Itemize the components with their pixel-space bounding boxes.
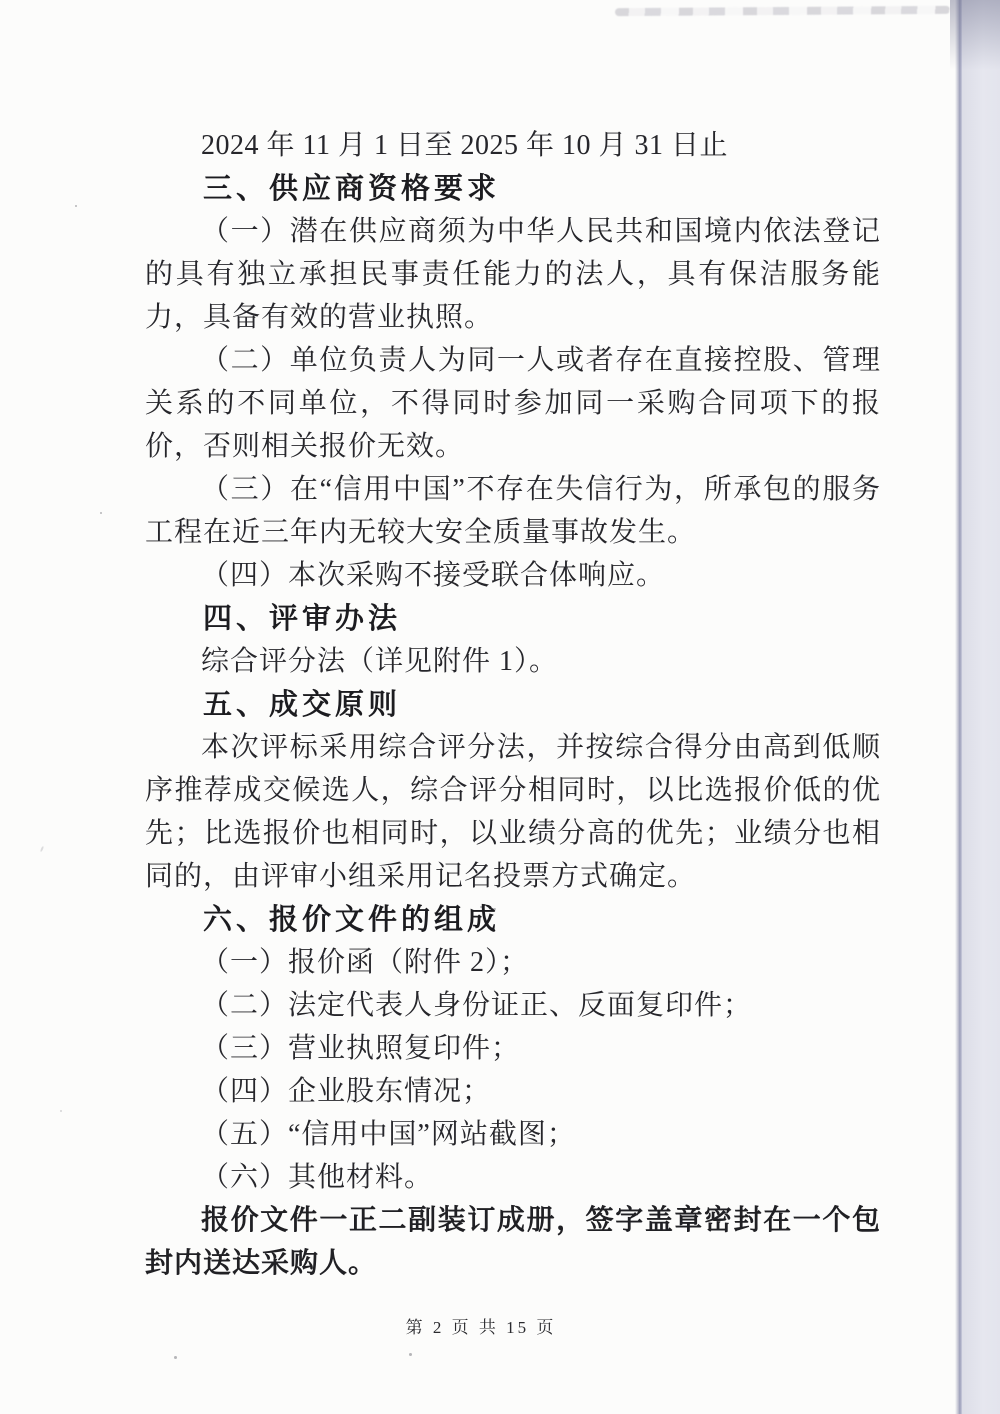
evaluation-method-body: 综合评分法（详见附件 1）。 (145, 640, 881, 683)
scan-paper-edge-line (955, 0, 962, 1414)
heading-evaluation-method: 四、评审办法 (145, 597, 881, 640)
award-principle-body: 本次评标采用综合评分法，并按综合得分由高到低顺序推荐成交候选人，综合评分相同时，… (145, 726, 881, 898)
scan-right-edge-shadow (962, 0, 1000, 1414)
scanned-document-page: 2024 年 11 月 1 日至 2025 年 10 月 31 日止 三、供应商… (0, 0, 1000, 1414)
binding-and-sealing-note: 报价文件一正二副装订成册，签字盖章密封在一个包封内送达采购人。 (145, 1199, 881, 1285)
scan-speck (409, 1353, 412, 1356)
scan-corner-shadow (950, 0, 1000, 70)
scan-speck (60, 1110, 62, 1112)
scan-speck (174, 1356, 177, 1359)
document-body: 2024 年 11 月 1 日至 2025 年 10 月 31 日止 三、供应商… (145, 124, 881, 1285)
scan-top-smudge (615, 6, 950, 16)
qualification-clause-4: （四）本次采购不接受联合体响应。 (145, 554, 881, 597)
scan-speck (75, 205, 77, 207)
scan-speck (40, 846, 44, 852)
quotation-doc-item-4: （四）企业股东情况； (145, 1070, 881, 1113)
heading-quotation-documents: 六、报价文件的组成 (145, 898, 881, 941)
quotation-doc-item-6: （六）其他材料。 (145, 1156, 881, 1199)
quotation-doc-item-3: （三）营业执照复印件； (145, 1027, 881, 1070)
quotation-doc-item-2: （二）法定代表人身份证正、反面复印件； (145, 984, 881, 1027)
scan-speck (100, 512, 102, 514)
heading-supplier-qualification: 三、供应商资格要求 (145, 167, 881, 210)
validity-period-line: 2024 年 11 月 1 日至 2025 年 10 月 31 日止 (145, 124, 881, 167)
qualification-clause-3: （三）在“信用中国”不存在失信行为，所承包的服务工程在近三年内无较大安全质量事故… (145, 468, 881, 554)
quotation-doc-item-5: （五）“信用中国”网站截图； (145, 1113, 881, 1156)
heading-award-principle: 五、成交原则 (145, 683, 881, 726)
qualification-clause-1: （一）潜在供应商须为中华人民共和国境内依法登记的具有独立承担民事责任能力的法人，… (145, 210, 881, 339)
page-number-footer: 第 2 页 共 15 页 (0, 1313, 962, 1338)
quotation-doc-item-1: （一）报价函（附件 2）； (145, 941, 881, 984)
qualification-clause-2: （二）单位负责人为同一人或者存在直接控股、管理关系的不同单位，不得同时参加同一采… (145, 339, 881, 468)
